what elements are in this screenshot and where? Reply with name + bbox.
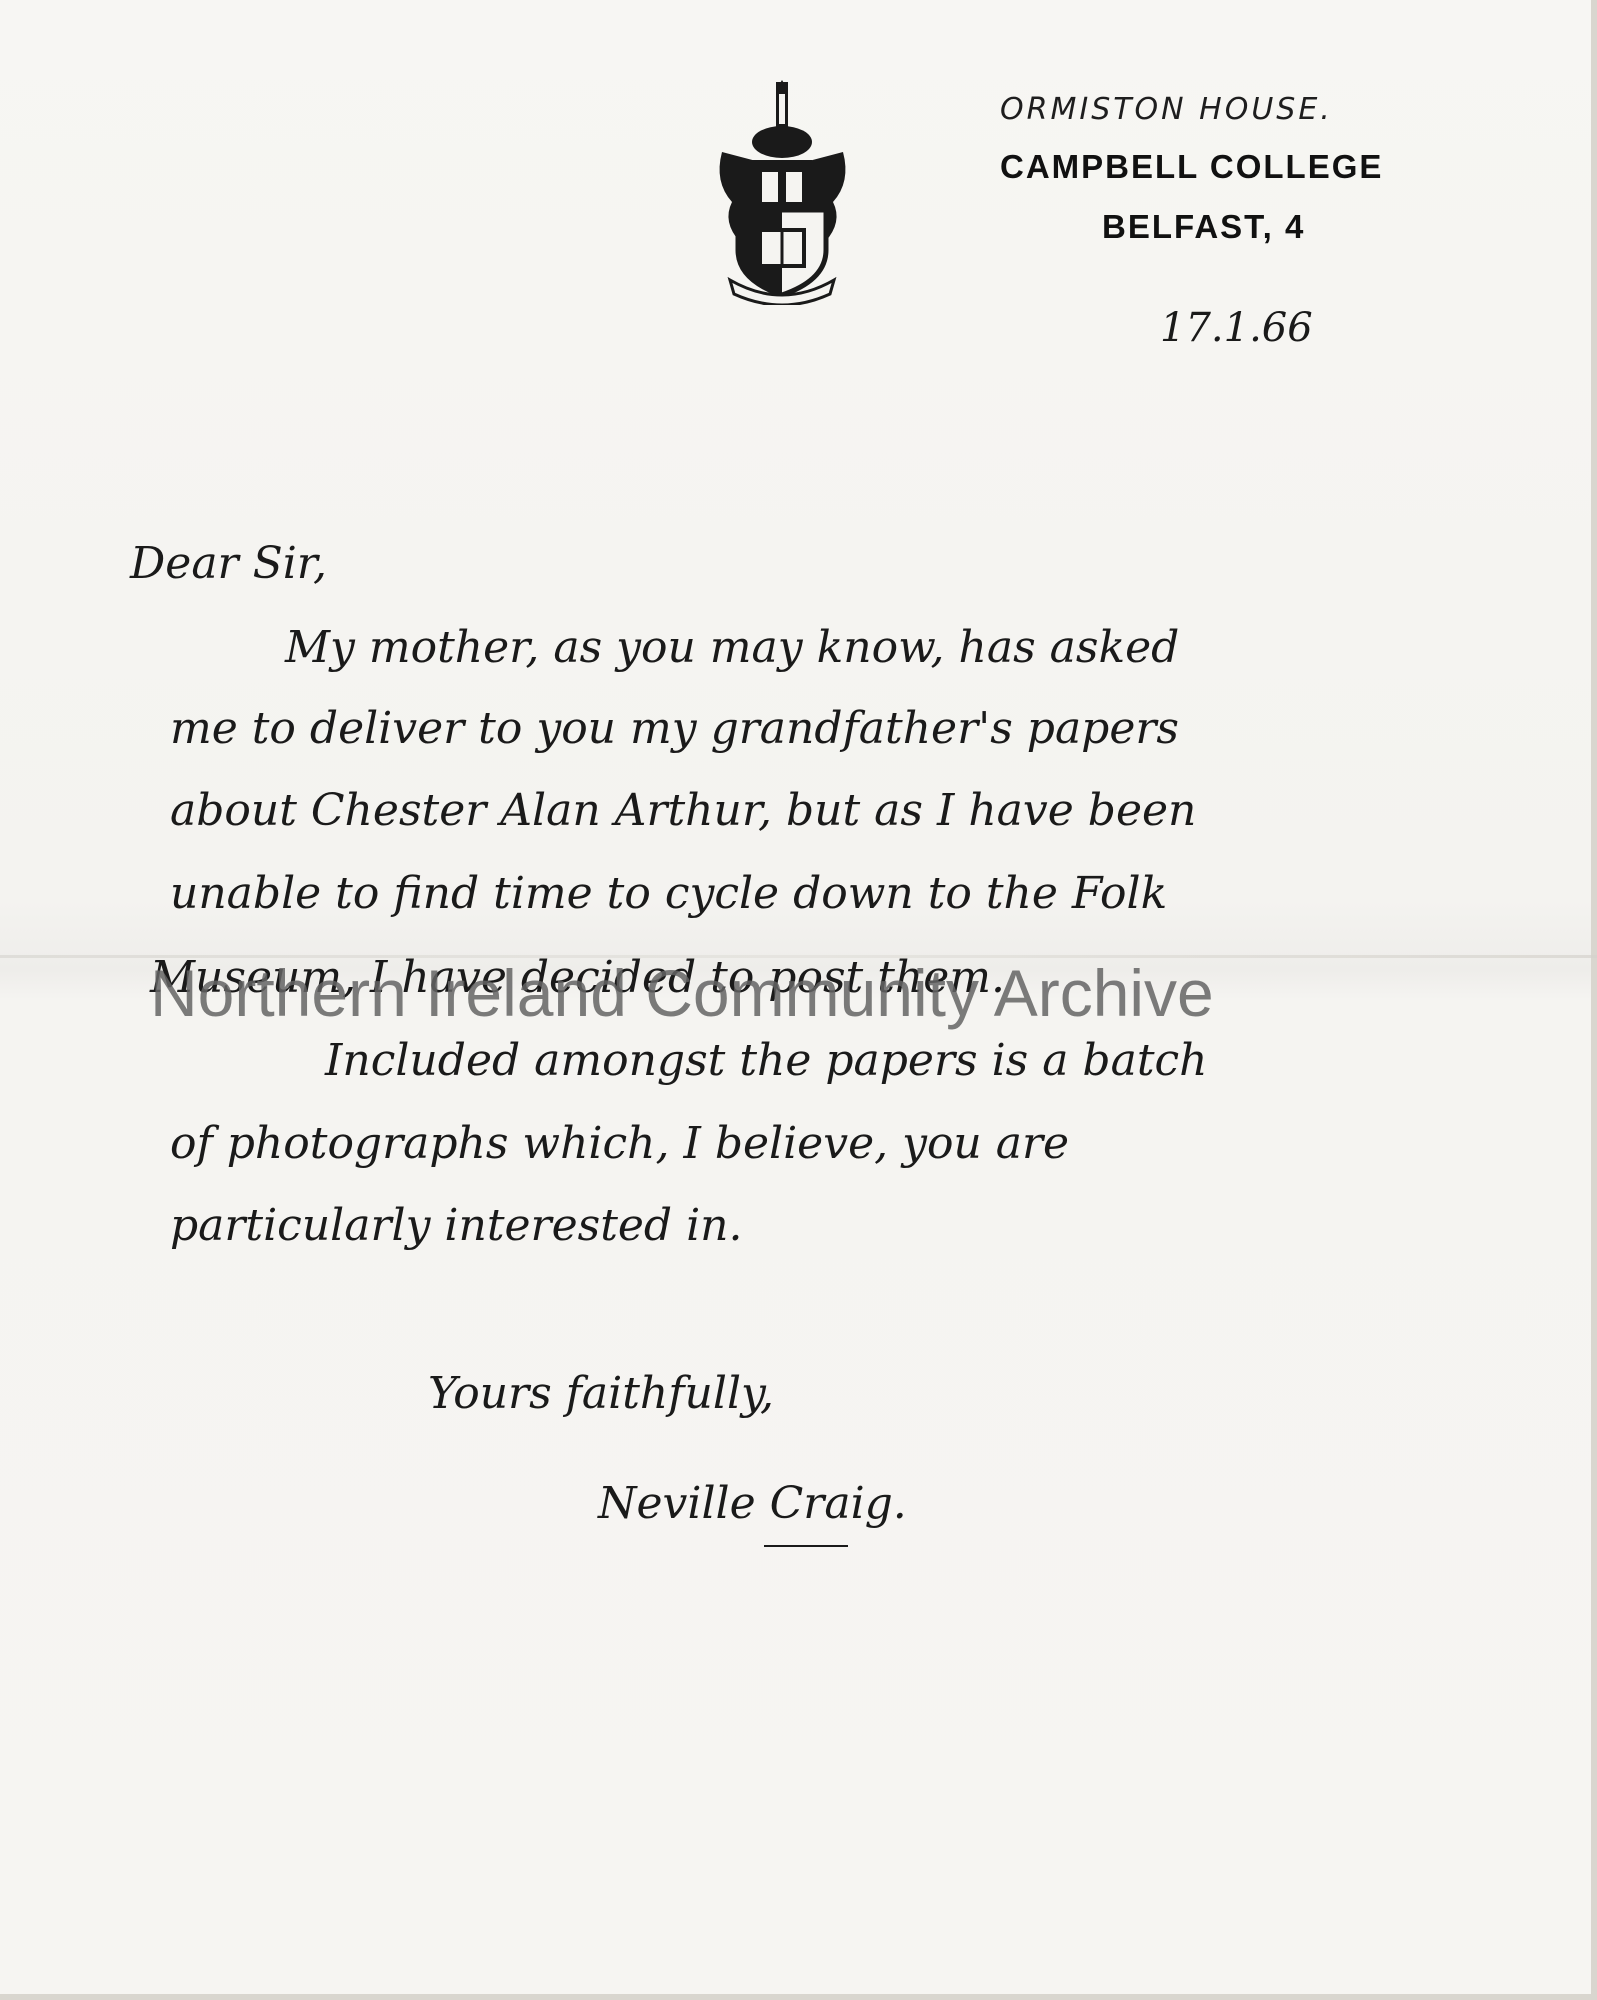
- letter-date: 17.1.66: [1160, 305, 1313, 351]
- paper-edge-right: [1591, 0, 1597, 2000]
- body-line: My mother, as you may know, has asked: [285, 622, 1179, 673]
- house-name: ORMISTON HOUSE.: [1000, 92, 1333, 127]
- body-line: unable to find time to cycle down to the…: [170, 868, 1167, 919]
- closing: Yours faithfully,: [428, 1368, 774, 1419]
- archive-watermark: Northern Ireland Community Archive: [150, 955, 1214, 1031]
- body-line: particularly interested in.: [170, 1200, 742, 1251]
- body-line: me to deliver to you my grandfather's pa…: [170, 703, 1179, 754]
- body-line: of photographs which, I believe, you are: [170, 1118, 1069, 1169]
- body-line: about Chester Alan Arthur, but as I have…: [170, 785, 1196, 836]
- signature-underline: [764, 1545, 848, 1547]
- body-line: Included amongst the papers is a batch: [325, 1035, 1208, 1086]
- signature: Neville Craig.: [598, 1478, 907, 1529]
- letter-paper: ORMISTON HOUSE. CAMPBELL COLLEGE BELFAST…: [0, 0, 1597, 2000]
- paper-edge-bottom: [0, 1994, 1597, 2000]
- salutation: Dear Sir,: [130, 538, 327, 589]
- city-address: BELFAST, 4: [1102, 208, 1305, 246]
- college-crest-icon: [710, 80, 855, 305]
- institution-name: CAMPBELL COLLEGE: [1000, 148, 1383, 186]
